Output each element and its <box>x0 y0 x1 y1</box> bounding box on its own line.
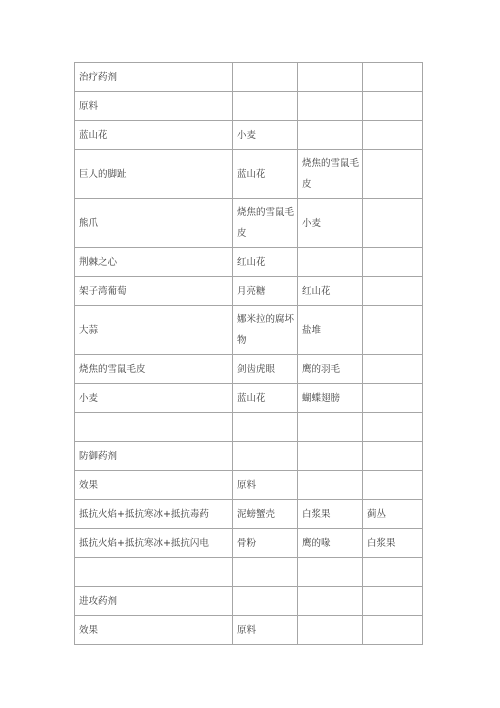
table-row <box>75 558 423 587</box>
table-cell: 蓝山花 <box>233 384 298 413</box>
table-cell <box>233 442 298 471</box>
table-row: 小麦蓝山花蝴蝶翅膀 <box>75 384 423 413</box>
table-cell <box>363 63 423 92</box>
table-cell: 月亮糖 <box>233 277 298 306</box>
table-row: 巨人的脚趾蓝山花烧焦的雪鼠毛皮 <box>75 150 423 199</box>
table-row: 治疗药剂 <box>75 63 423 92</box>
table-row: 架子湾葡萄月亮糖红山花 <box>75 277 423 306</box>
table-cell <box>233 92 298 121</box>
table-cell <box>233 558 298 587</box>
table-cell: 巨人的脚趾 <box>75 150 233 199</box>
table-cell: 荆棘之心 <box>75 248 233 277</box>
table-row: 蓝山花小麦 <box>75 121 423 150</box>
table-cell: 抵抗火焰+抵抗寒冰+抵抗闪电 <box>75 529 233 558</box>
table-cell: 治疗药剂 <box>75 63 233 92</box>
table-cell <box>298 413 363 442</box>
table-cell: 蓟丛 <box>363 500 423 529</box>
table-cell <box>298 92 363 121</box>
table-cell <box>363 587 423 616</box>
table-row: 熊爪烧焦的雪鼠毛皮小麦 <box>75 199 423 248</box>
table-cell <box>298 587 363 616</box>
table-row: 抵抗火焰+抵抗寒冰+抵抗闪电骨粉鹰的喙白浆果 <box>75 529 423 558</box>
table-cell: 效果 <box>75 616 233 645</box>
table-cell <box>363 199 423 248</box>
table-cell <box>298 616 363 645</box>
table-row: 进攻药剂 <box>75 587 423 616</box>
table-row: 荆棘之心红山花 <box>75 248 423 277</box>
table-cell <box>298 121 363 150</box>
recipe-table: 治疗药剂原料蓝山花小麦巨人的脚趾蓝山花烧焦的雪鼠毛皮熊爪烧焦的雪鼠毛皮小麦荆棘之… <box>74 62 423 645</box>
recipe-table-body: 治疗药剂原料蓝山花小麦巨人的脚趾蓝山花烧焦的雪鼠毛皮熊爪烧焦的雪鼠毛皮小麦荆棘之… <box>75 63 423 645</box>
table-row: 烧焦的雪鼠毛皮剑齿虎眼鹰的羽毛 <box>75 355 423 384</box>
table-cell <box>363 616 423 645</box>
table-cell: 蓝山花 <box>75 121 233 150</box>
table-cell: 效果 <box>75 471 233 500</box>
table-cell <box>363 92 423 121</box>
document-page: 治疗药剂原料蓝山花小麦巨人的脚趾蓝山花烧焦的雪鼠毛皮熊爪烧焦的雪鼠毛皮小麦荆棘之… <box>0 0 500 708</box>
table-cell: 鹰的喙 <box>298 529 363 558</box>
table-cell: 娜米拉的腐坏物 <box>233 306 298 355</box>
table-cell: 鹰的羽毛 <box>298 355 363 384</box>
table-cell: 小麦 <box>298 199 363 248</box>
table-cell <box>233 587 298 616</box>
table-row: 效果原料 <box>75 471 423 500</box>
table-cell: 烧焦的雪鼠毛皮 <box>75 355 233 384</box>
table-row: 大蒜娜米拉的腐坏物盐堆 <box>75 306 423 355</box>
table-cell <box>363 384 423 413</box>
table-cell: 烧焦的雪鼠毛皮 <box>233 199 298 248</box>
table-cell: 蝴蝶翅膀 <box>298 384 363 413</box>
table-row: 抵抗火焰+抵抗寒冰+抵抗毒药泥螃蟹壳白浆果蓟丛 <box>75 500 423 529</box>
table-cell: 小麦 <box>75 384 233 413</box>
table-cell <box>298 248 363 277</box>
table-cell <box>363 413 423 442</box>
table-cell: 盐堆 <box>298 306 363 355</box>
table-cell <box>298 471 363 500</box>
table-row: 防御药剂 <box>75 442 423 471</box>
table-cell <box>363 442 423 471</box>
table-cell <box>363 150 423 199</box>
table-cell: 烧焦的雪鼠毛皮 <box>298 150 363 199</box>
table-cell: 小麦 <box>233 121 298 150</box>
table-cell <box>363 277 423 306</box>
table-cell <box>363 558 423 587</box>
table-cell <box>298 558 363 587</box>
table-cell: 骨粉 <box>233 529 298 558</box>
table-cell: 白浆果 <box>363 529 423 558</box>
table-cell: 原料 <box>233 471 298 500</box>
table-cell: 抵抗火焰+抵抗寒冰+抵抗毒药 <box>75 500 233 529</box>
table-cell: 剑齿虎眼 <box>233 355 298 384</box>
table-cell: 进攻药剂 <box>75 587 233 616</box>
table-row: 效果原料 <box>75 616 423 645</box>
table-cell <box>233 63 298 92</box>
table-cell: 白浆果 <box>298 500 363 529</box>
table-cell <box>363 121 423 150</box>
table-cell: 红山花 <box>233 248 298 277</box>
table-cell <box>298 442 363 471</box>
table-cell: 大蒜 <box>75 306 233 355</box>
table-cell: 架子湾葡萄 <box>75 277 233 306</box>
table-cell <box>233 413 298 442</box>
table-cell: 原料 <box>233 616 298 645</box>
table-cell: 蓝山花 <box>233 150 298 199</box>
table-cell: 泥螃蟹壳 <box>233 500 298 529</box>
table-cell <box>363 355 423 384</box>
table-cell <box>363 306 423 355</box>
table-row <box>75 413 423 442</box>
table-cell: 红山花 <box>298 277 363 306</box>
table-cell: 原料 <box>75 92 233 121</box>
table-cell <box>298 63 363 92</box>
table-cell: 防御药剂 <box>75 442 233 471</box>
table-cell: 熊爪 <box>75 199 233 248</box>
table-cell <box>363 248 423 277</box>
table-row: 原料 <box>75 92 423 121</box>
table-cell <box>363 471 423 500</box>
table-cell <box>75 413 233 442</box>
table-cell <box>75 558 233 587</box>
